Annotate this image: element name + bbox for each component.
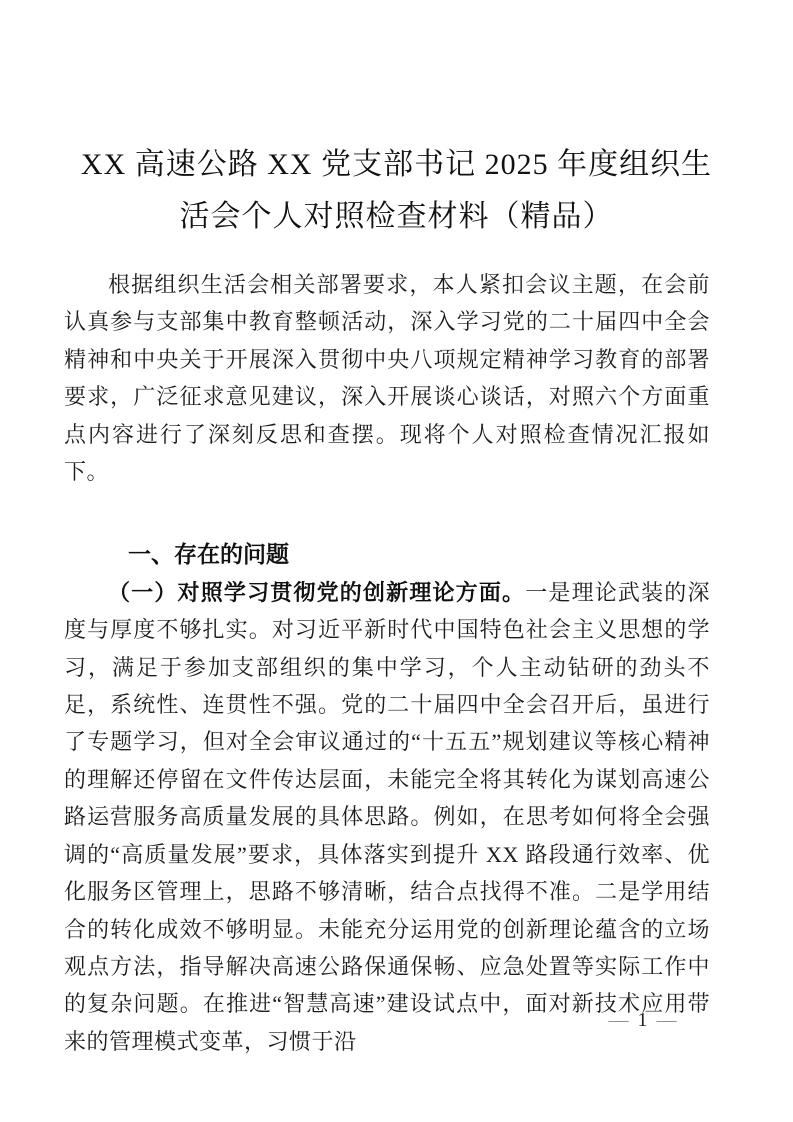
page-footer: —1— — [560, 1005, 725, 1035]
footer-dash-left: — — [609, 1009, 629, 1031]
item-1-lead: （一）对照学习贯彻党的创新理论方面。 — [108, 580, 525, 605]
section-heading-problems: 一、存在的问题 — [64, 536, 710, 573]
title-line-1: XX 高速公路 XX 党支部书记 2025 年度组织生 — [50, 139, 743, 191]
footer-dash-right: — — [657, 1009, 677, 1031]
item-1-body: 一是理论武装的深度与厚度不够扎实。对习近平新时代中国特色社会主义思想的学习，满足… — [64, 580, 710, 1054]
intro-paragraph: 根据组织生活会相关部署要求，本人紧扣会议主题，在会前认真参与支部集中教育整顿活动… — [64, 266, 710, 490]
title-line-2: 活会个人对照检查材料（精品） — [50, 191, 743, 243]
item-paragraph-1: （一）对照学习贯彻党的创新理论方面。一是理论武装的深度与厚度不够扎实。对习近平新… — [64, 574, 710, 1060]
document-page: XX 高速公路 XX 党支部书记 2025 年度组织生 活会个人对照检查材料（精… — [0, 0, 793, 1122]
page-number: 1 — [638, 1009, 648, 1031]
document-title: XX 高速公路 XX 党支部书记 2025 年度组织生 活会个人对照检查材料（精… — [50, 139, 743, 243]
